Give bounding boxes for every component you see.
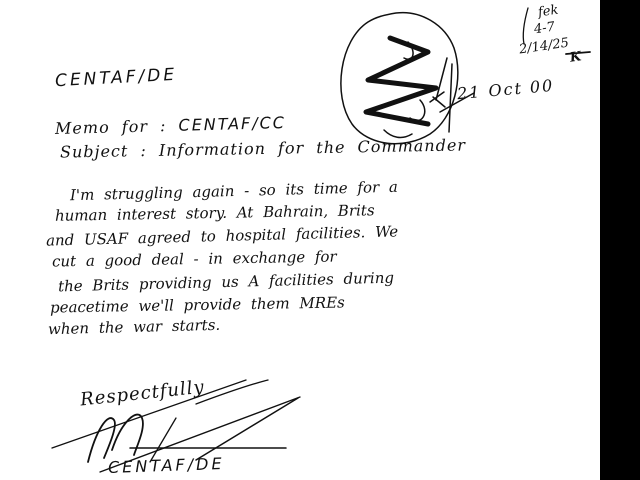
body-line: when the war starts.: [48, 316, 221, 339]
scanned-memo-page: fek 4-7 2/14/25 K CENTAF/DE 21 Oct 00 Me…: [0, 0, 640, 480]
scan-edge-band: [600, 0, 640, 480]
memo-for-value: CENTAF/CC: [178, 113, 286, 135]
body-line: peacetime we'll provide them MREs: [50, 293, 345, 316]
body-line: I'm struggling again - so its time for a: [70, 178, 398, 205]
corner-note-line-1: fek: [537, 3, 559, 21]
corner-note-initial: K: [569, 49, 582, 65]
subject-value: Information for the Commander: [159, 135, 466, 159]
body-line: and USAF agreed to hospital facilities. …: [46, 222, 399, 249]
signature-office-symbol: CENTAF/DE: [108, 454, 225, 477]
date-slash-strokes: [430, 58, 452, 132]
memo-for-line: Memo for : CENTAF/CC: [55, 113, 286, 138]
body-line: the Brits providing us A facilities duri…: [58, 269, 394, 296]
circled-scribble-stamp: [341, 13, 474, 144]
subject-label: Subject :: [60, 141, 147, 162]
office-symbol: CENTAF/DE: [55, 65, 178, 91]
closing: Respectfully: [79, 377, 205, 411]
body-line: human interest story. At Bahrain, Brits: [55, 201, 375, 225]
subject-line: Subject : Information for the Commander: [60, 135, 466, 161]
body-line: cut a good deal - in exchange for: [52, 248, 337, 271]
corner-note-line-2: 4-7: [533, 20, 556, 38]
date: 21 Oct 00: [456, 76, 555, 103]
memo-for-label: Memo for :: [55, 116, 167, 138]
corner-note-line-3: 2/14/25: [518, 36, 570, 58]
